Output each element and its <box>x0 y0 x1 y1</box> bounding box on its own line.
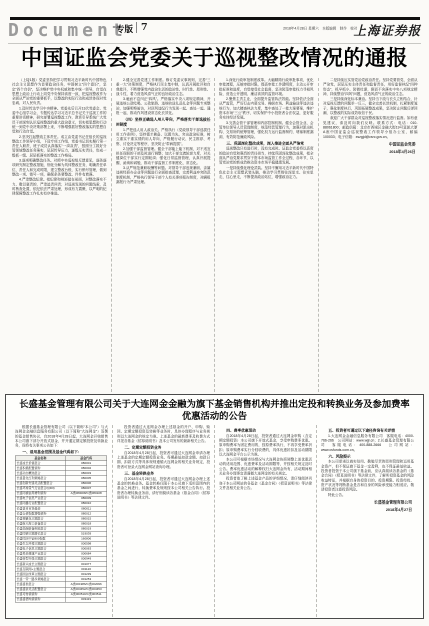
sub-heading: 四、费率优惠活动 <box>219 428 312 433</box>
page-number: 7 <box>141 22 148 33</box>
sub-heading: 一、适用基金范围及基金代码如下： <box>15 450 108 455</box>
section-name: 专版 <box>116 23 133 35</box>
newspaper-logo: 上海证券报 <box>353 21 421 39</box>
sub-heading: （四）坚持正确选人用人导向，严格落实干部选拔任用制度 <box>116 117 211 127</box>
issue-info: 2018年4月28日 星期六 本版编辑 制作 校对 <box>283 26 357 31</box>
paragraph: 特此公告。 <box>321 493 414 498</box>
text-column-content: 1.深化行政审批制度改革。大幅精简行政审批事项，优化审批流程，压缩审批时限，提高… <box>219 78 314 180</box>
fund-name-cell: 长盛盛德纯债债券 <box>15 597 65 602</box>
paragraph: 4.严肃整改纪律。把纪律和规矩挺在前面，对整改落实不力、敷衍塞责的，严肃追责问责… <box>12 178 107 197</box>
paragraph: 投资者通过大连网金办理上述基金的开户、申购、赎回、定期定额投资及转换等业务时，具… <box>117 425 210 444</box>
text-column: 四、费率优惠活动自2018年4月28日起，投资者通过大连网金申购（含定期定额投资… <box>214 425 316 617</box>
paragraph: 3.逐项明确整改任务。对照中央巡视组反馈意见，逐条逐项研究制定整改措施，细化分解… <box>12 159 107 178</box>
section-logo-english: Document <box>8 20 127 41</box>
masthead-sub-rule <box>8 43 421 44</box>
text-column: 投资者通过大连网金办理上述基金的开户、申购、赎回、定期定额投资及转换等业务时，具… <box>112 425 214 617</box>
text-column: 二是持续压实管党治党政治责任。坚持党要管党、全面从严治党，层层压实主体责任和监督… <box>318 78 422 392</box>
fund-announcement-headline: 长盛基金管理有限公司关于大连网金金融为旗下基金销售机构并推出定投和转换业务及参加… <box>17 399 412 422</box>
sub-heading: 六、风险提示 <box>321 454 414 459</box>
text-column: （上接1版）党委坚持把学习贯彻习近平新时代中国特色社会主义思想作为首要政治任务，… <box>8 78 111 392</box>
sub-heading: 五、投资者可通过以下途径咨询有关详情 <box>321 428 414 433</box>
newspaper-page: { "masthead": { "logo_en": "Document", "… <box>0 0 429 626</box>
fund-announcement-box: 长盛基金管理有限公司关于大连网金金融为旗下基金销售机构并推出定投和转换业务及参加… <box>5 394 424 619</box>
paragraph: 二是持续压实管党治党政治责任。坚持党要管党、全面从严治党，层层压实主体责任和监督… <box>323 78 418 97</box>
paragraph: 自2018年4月28日起，投资者可通过大连网金办理上述基金的转换业务。基金转换仅… <box>117 477 210 500</box>
main-article-headline: 中国证监会党委关于巡视整改情况的通报 <box>8 46 421 71</box>
paragraph: 一是持续强化理论武装。坚持不懈用习近平新时代中国特色社会主义思想武装头脑，推动学… <box>219 166 314 180</box>
fund-announcement-first-column: 根据长盛基金管理有限公司（以下简称“本公司”）与大连网金金融信息服务有限公司（以… <box>11 425 112 617</box>
signature-line: 中国证监会党委 <box>323 141 416 147</box>
fund-table: 基金名称 基金代码 长盛成长价值混合080001长盛积极配置债券080002长盛… <box>15 456 107 603</box>
paragraph: 2.坚决扛起整改主体责任。成立由党委书记任组长的巡视整改工作领导小组，下设专项工… <box>12 135 107 158</box>
text-column-content: 二是持续压实管党治党政治责任。坚持党要管党、全面从严治党，层层压实主体责任和监督… <box>323 78 418 154</box>
text-column: 五、投资者可通过以下途径咨询有关详情1.大连网金金融信息服务有限公司 客服电话：… <box>316 425 418 617</box>
fund-table-body: 长盛成长价值混合080001长盛积极配置债券080002长盛动态精选混合0800… <box>15 461 107 602</box>
text-column-content: 2.健全完善党建工作制度。修订党委议事规则，完善“三重一大”决策制度，严格执行民… <box>116 78 211 185</box>
paragraph: 2.加强干部监督管理。健全干部能上能下机制，对不适宜担任现职的干部及时进行调整；… <box>116 147 211 166</box>
text-column: 2.健全完善党建工作制度。修订党委议事规则，完善“三重一大”决策制度，严格执行民… <box>111 78 215 392</box>
paragraph: 3.完善会管干部管理和内部控制机制。健全会管企业、会管单位领导人员管理制度，规范… <box>219 121 314 140</box>
fund-announcement-columns: 根据长盛基金管理有限公司（以下简称“本公司”）与大连网金金融信息服务有限公司（以… <box>11 425 418 617</box>
paragraph: （上接1版）党委坚持把学习贯彻习近平新时代中国特色社会主义思想作为首要政治任务，… <box>12 78 107 106</box>
paragraph: 1.及时传达学习中央精神。党委先后召开13次党委会、党委中心组学习会，专题传达学… <box>12 106 107 134</box>
paragraph: 2.聚焦主责主业，全面提升监管执法效能。坚持依法全面从严监管，严厉打击内幕交易、… <box>219 97 314 120</box>
paragraph: 巡视整改只有进行时，没有完成时。证监会党委将以高度的政治自觉和强烈的责任担当，持… <box>219 147 314 166</box>
fund-code-cell: A类001986/C类002096 <box>65 582 106 587</box>
sub-heading: 三、基金转换业务 <box>117 471 210 476</box>
paragraph: 投资者欲了解上述基金产品的详细情况，请仔细阅读刊登于本公司网站的各基金《基金合同… <box>219 477 312 491</box>
text-column: 1.深化行政审批制度改革。大幅精简行政审批事项，优化审批流程，压缩审批时限，提高… <box>214 78 318 392</box>
signature-line: 2018年4月26日 <box>323 149 416 155</box>
paragraph: 3.从严规范兼职取酬等问题。对领导干部违规兼职、亲属违规经商办企业等问题进行全面… <box>116 166 211 185</box>
paragraph: 1.严把选人用人政治关。严格执行《党政领导干部选拔任用工作条例》，坚持德才兼备、… <box>116 128 211 147</box>
text-column-content: （上接1版）党委坚持把学习贯彻习近平新时代中国特色社会主义思想作为首要政治任务，… <box>12 78 107 196</box>
signature-line: 2018年4月27日 <box>321 507 412 513</box>
paragraph: 本公司可根据市场情况与大连网金协商调整上述优惠活动的适用范围、优惠费率及活动期限… <box>219 458 312 477</box>
text-column-content: 四、费率优惠活动自2018年4月28日起，投资者通过大连网金申购（含定期定额投资… <box>219 428 312 491</box>
paragraph: 自2018年4月28日起，投资者可通过大连网金申请办理上述基金的定期定额投资业务… <box>117 451 210 470</box>
sub-heading: 三、巩固深化整改成果，深入推进全面从严治党 <box>219 141 314 146</box>
sub-heading: 二、定期定额投资业务 <box>117 445 210 450</box>
fund-intro-and-table: 根据长盛基金管理有限公司（以下简称“本公司”）与大连网金金融信息服务有限公司（以… <box>15 425 108 602</box>
paragraph: 本公司承诺以诚实信用、勤勉尽责的原则管理和运用基金资产，但不保证旗下基金一定盈利… <box>321 460 414 493</box>
fund-code-cell: A类003452/C类003453 <box>65 587 106 592</box>
text-column-content: 投资者通过大连网金办理上述基金的开户、申购、赎回、定期定额投资及转换等业务时，具… <box>117 425 210 500</box>
section-divider <box>136 22 137 33</box>
paragraph: 3.驰而不息纠正“四风”。严格落实中央八项规定精神，开展违规公款吃喝、公款旅游、… <box>116 97 211 116</box>
paragraph: 三是持续深化标本兼治。坚持当下改与长久立相结合，针对巡视反馈的问题举一反三，健全… <box>323 97 418 116</box>
fund-code-cell: A类080008/C类080108 <box>65 491 106 496</box>
paragraph: 1.深化行政审批制度改革。大幅精简行政审批事项，优化审批流程，压缩审批时限，提高… <box>219 78 314 97</box>
paragraph: 2.健全完善党建工作制度。修订党委议事规则，完善“三重一大”决策制度，严格执行民… <box>116 78 211 97</box>
signature-line: 长盛基金管理有限公司 <box>321 500 412 506</box>
main-article-columns: （上接1版）党委坚持把学习贯彻习近平新时代中国特色社会主义思想作为首要政治任务，… <box>8 78 421 392</box>
paragraph: 欢迎广大干部群众对巡视整改落实情况进行监督。如有意见建议，请及时向我们反映。联系… <box>323 116 418 139</box>
fund-intro: 根据长盛基金管理有限公司（以下简称“本公司”）与大连网金金融信息服务有限公司（以… <box>15 425 108 455</box>
fund-table-row: 长盛盛德纯债债券003419 <box>15 597 107 602</box>
paragraph: 根据长盛基金管理有限公司（以下简称“本公司”）与大连网金金融信息服务有限公司（以… <box>15 425 108 448</box>
paragraph: 自2018年4月28日起，投资者通过大连网金申购（含定期定额投资）本公司旗下开放… <box>219 434 312 457</box>
text-column-content: 五、投资者可通过以下途径咨询有关详情1.大连网金金融信息服务有限公司 客服电话：… <box>321 428 414 512</box>
paragraph: 1.大连网金金融信息服务有限公司 客服电话：4000-766-266 公司网站：… <box>321 434 414 453</box>
fund-code-cell: 003419 <box>65 597 106 602</box>
masthead: Document 专版 7 2018年4月28日 星期六 本版编辑 制作 校对 … <box>8 20 421 42</box>
fund-code-cell: A类003510/C类003511 <box>65 592 106 597</box>
